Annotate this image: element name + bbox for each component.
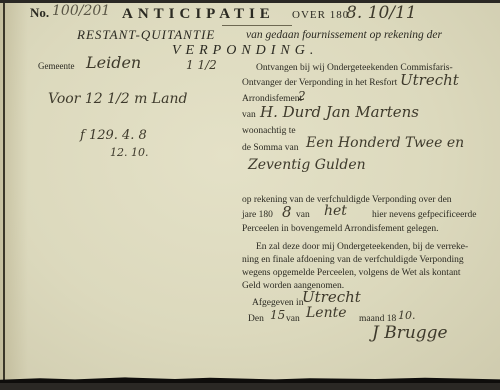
gemeente-value: Leiden [86,53,141,72]
margin-note-line2: f 129. 4. 8 [80,128,147,143]
number-value: 100/201 [52,3,110,19]
somma-value-line1: Een Honderd Twee en [306,135,464,151]
body-line2: Ontvanger der Verponding in het Resfort [242,77,397,90]
somma-value-line2: Zeventig Gulden [248,157,366,173]
title-over-year: OVER 180 [292,9,349,21]
subtitle-verponding: VERPONDING. [172,43,318,59]
arrondisfement-value: 2 [298,89,306,103]
receipt-document: No. 100/201 ANTICIPATIE OVER 180 8. 10/1… [0,3,500,383]
para2-jare-value: 8 [282,203,292,221]
den-label: Den [248,313,264,326]
van-value: H. Durd Jan Martens [260,103,419,121]
van-label-2: van [286,313,300,326]
woonachtig-label: woonachtig te [242,125,296,138]
signature: J Brugge [372,323,448,343]
afgegeven-value: Utrecht [302,288,361,306]
para3-line2: ning en finale afdoening van de verfchul… [242,254,464,267]
number-label: No. [30,5,49,21]
para3-line3: wegens opgemelde Perceelen, volgens de W… [242,267,461,280]
title-year-handwritten: 8. 10/11 [346,3,417,23]
margin-note-line3: 12. 10. [110,146,148,159]
gemeente-number: 1 1/2 [186,58,217,72]
para2-van-value: het [324,203,347,219]
para3-line1: En zal deze door mij Ondergeteekenden, b… [256,241,468,254]
para2-jare-label: jare 180 [242,209,273,222]
torn-bottom-edge [0,375,500,383]
den-value: 15 [270,308,285,322]
subtitle-restant-quitantie: RESTANT-QUITANTIE [77,27,215,43]
left-border-rule [3,3,5,383]
resfort-value: Utrecht [400,71,459,89]
maand-value: Lente [306,305,347,321]
subtitle-rest: van gedaan fournissement op rekening der [246,29,442,41]
margin-note-line1: Voor 12 1/2 m Land [48,91,187,107]
van-label: van [242,109,256,122]
somma-label: de Somma van [242,142,298,155]
year-handwritten: 10. [398,309,416,322]
para2-van-label: van [296,209,310,222]
title-underline [222,25,292,26]
para2-line2-rest: hier nevens gefpecificeerde [372,209,476,222]
gemeente-label: Gemeente [38,61,74,71]
para2-line3: Perceelen in bovengemeld Arrondisfement … [242,223,439,236]
document-title: ANTICIPATIE [122,6,275,23]
